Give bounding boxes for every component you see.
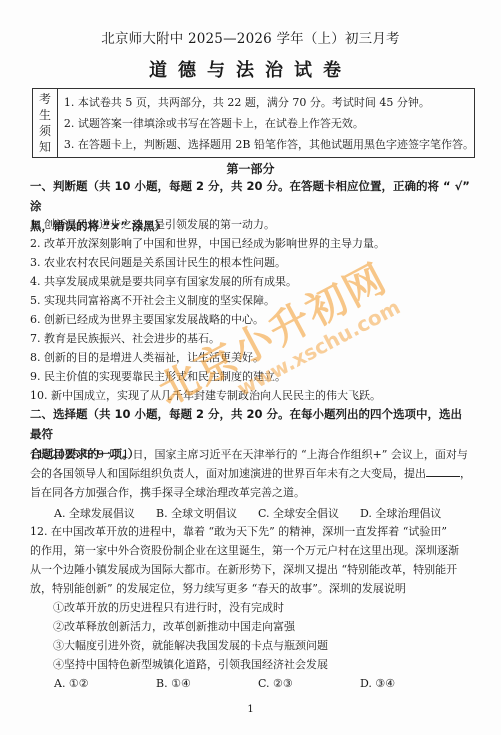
judgment-question-4: 4. 共享发展成果就是要共同享有国家发展的所有成果。 [30,274,297,289]
notice-label-char: 考 [39,92,51,106]
part-title: 第一部分 [0,160,501,177]
q11-line-3: 旨在同各方加强合作，携手探寻全球治理改革完善之道。 [30,485,305,500]
q12-line-3: 从一个边陲小镇发展成为国际大都市。在新形势下，深圳又提出 “特别能改革，特别能开 [30,562,457,577]
judgment-question-8: 8. 创新的目的是增进人类福祉，让生活更美好。 [30,350,264,365]
notice-label: 考 生 须 知 [33,89,58,157]
q11-option-c: C. 全球安全倡议 [258,505,339,521]
notice-item: 1. 本试卷共 5 页，共两部分，共 22 题，满分 70 分。考试时间 45 … [64,94,474,110]
judgment-question-5: 5. 实现共同富裕离不开社会主义制度的坚实保障。 [30,293,275,308]
q12-statement-1: ①改革开放的历史进程只有进行时，没有完成时 [53,600,284,615]
section-heading-line: 一、判断题（共 10 小题，每题 2 分，共 20 分。在答题卡相应位置，正确的… [30,176,470,216]
q12-option-c: C. ②③ [258,677,293,690]
q12-line-2: 的作用，第一家中外合资股份制企业在这里诞生，第一个万元户村在这里出现。深圳逐渐 [30,543,459,558]
q11-option-d: D. 全球治理倡议 [360,505,441,521]
q12-statement-3: ③大幅度引进外资，就能解决我国发展的卡点与瓶颈问题 [53,638,328,653]
q12-option-d: D. ③④ [360,677,395,690]
q12-option-b: B. ①④ [156,677,191,690]
q12-line-1: 12. 在中国改革开放的进程中，靠着 “敢为天下先” 的精神，深圳一直发挥着 “… [30,524,447,539]
q12-statement-4: ④坚持中国特色新型城镇化道路，引领我国经济社会发展 [53,657,328,672]
judgment-question-10: 10. 新中国成立，实现了从几千年封建专制政治向人民民主的伟大飞跃。 [30,388,381,403]
notice-item: 2. 试题答案一律填涂或书写在答题卡上，在试卷上作答无效。 [64,115,474,131]
judgment-question-2: 2. 改革开放深刻影响了中国和世界，中国已经成为影响世界的主导力量。 [30,236,385,251]
notice-label-char: 生 [39,108,51,122]
judgment-question-1: 1. 创新是民族进步之魂，是引领发展的第一动力。 [30,217,275,232]
q12-option-a: A. ①② [54,677,89,690]
notice-item: 3. 在答题卡上，判断题、选择题用 2B 铅笔作答，其他试题用黑色字迹签字笔作答… [64,136,474,152]
q12-statement-2: ②改革释放创新活力，改革创新推动中国走向富强 [53,619,295,634]
notice-label-char: 须 [39,124,51,138]
q11-option-b: B. 全球文明倡议 [156,505,237,521]
judgment-question-7: 7. 教育是民族振兴、社会进步的基石。 [30,331,220,346]
exam-notice-table: 考 生 须 知 1. 本试卷共 5 页，共两部分，共 22 题，满分 70 分。… [32,88,475,158]
q11-text: 会的各国领导人和国际组织负责人，面对加速演进的世界百年未有之大变局，提出 [30,467,426,480]
page-number: 1 [0,704,501,715]
notice-label-char: 知 [39,140,51,154]
q12-line-4: 放，特别能创新” 的发展定位，努力续写更多 “春天的故事”。深圳的发展说明 [30,581,406,596]
q11-line-1: 11. 2025 年 9 月 1 日，国家主席习近平在天津举行的 “上海合作组织… [30,447,468,462]
exam-page: 北京师大附中 2025—2026 学年（上）初三月考 道德与法治试卷 考 生 须… [0,0,501,735]
notice-items: 1. 本试卷共 5 页，共两部分，共 22 题，满分 70 分。考试时间 45 … [58,89,474,157]
q11-text: ， [460,467,471,480]
judgment-question-6: 6. 创新已经成为世界主要国家发展战略的中心。 [30,312,264,327]
subject-title: 道德与法治试卷 [0,56,501,82]
judgment-question-9: 9. 民主价值的实现要靠民主形式和民主制度的建立。 [30,369,286,384]
q11-line-2: 会的各国领导人和国际组织负责人，面对加速演进的世界百年未有之大变局，提出， [30,466,471,481]
answer-blank [426,466,460,477]
judgment-question-3: 3. 农业农村农民问题是关系国计民生的根本性问题。 [30,255,286,270]
section-heading-line: 二、选择题（共 10 小题，每题 2 分，共 20 分。在每小题列出的四个选项中… [30,404,470,444]
exam-name: 北京师大附中 2025—2026 学年（上）初三月考 [0,27,501,47]
q11-option-a: A. 全球发展倡议 [54,505,135,521]
